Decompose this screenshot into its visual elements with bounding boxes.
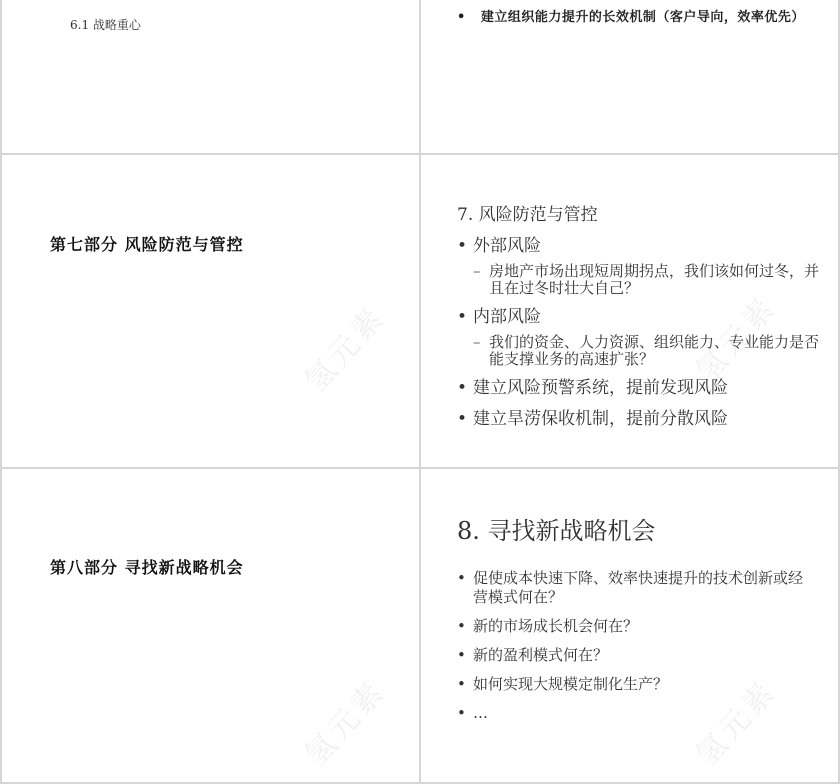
slide-6-1-content-thumbnail[interactable]: • 建立组织能力提升的长效机制（客户导向，效率优先） <box>421 0 838 153</box>
bullet-text: 新的市场成长机会何在？ <box>473 617 638 635</box>
bullet-text: 建立风险预警系统，提前发现风险 <box>473 378 728 398</box>
bullet-icon: • <box>457 646 466 665</box>
bullet-item: • 建立风险预警系统，提前发现风险 <box>457 378 827 399</box>
dash-icon: – <box>473 263 481 280</box>
sub-bullet-text: 我们的资金、人力资源、组织能力、专业能力是否能支撑业务的高速扩张？ <box>489 333 819 368</box>
bullet-icon: • <box>457 307 467 328</box>
slide-7-content[interactable]: 7. 风险防范与管控 氢元素 • 外部风险 – 房地产市场出现短周期拐点，我们该… <box>421 155 838 467</box>
bullet-text: 外部风险 <box>473 236 541 256</box>
slide-8-content[interactable]: 8. 寻找新战略机会 氢元素 • 促使成本快速下降、效率快速提升的技术创新或经营… <box>421 469 838 782</box>
bullet-text: … <box>473 704 488 722</box>
bullet-item: • 建立旱涝保收机制，提前分散风险 <box>457 409 827 430</box>
bullet-text: 促使成本快速下降、效率快速提升的技术创新或经营模式何在？ <box>473 569 803 606</box>
bullet-icon: • <box>457 378 467 399</box>
bullet-item-ellipsis: • … <box>457 704 817 723</box>
slide-title: 6.1 战略重心 <box>70 16 141 33</box>
bullet-icon: • <box>457 236 467 257</box>
bullet-item: • 如何实现大规模定制化生产？ <box>457 675 817 694</box>
bullet-text: 新的盈利模式何在？ <box>473 646 608 664</box>
bullet-text: 建立旱涝保收机制，提前分散风险 <box>473 409 728 429</box>
section-title: 第八部分 寻找新战略机会 <box>50 555 244 578</box>
bullet-item: • 促使成本快速下降、效率快速提升的技术创新或经营模式何在？ <box>457 569 817 607</box>
section-title: 第七部分 风险防范与管控 <box>50 232 244 255</box>
slide-part-8-cover[interactable]: 第八部分 寻找新战略机会 氢元素 <box>2 469 419 782</box>
bullet-list: • 外部风险 – 房地产市场出现短周期拐点，我们该如何过冬，并且在过冬时壮大自己… <box>457 236 827 440</box>
slide-grid: 6.1 战略重心 • 建立组织能力提升的长效机制（客户导向，效率优先） 第七部分… <box>0 0 840 784</box>
bullet-icon: • <box>457 569 466 588</box>
dash-icon: – <box>473 334 481 351</box>
slide-heading: 8. 寻找新战略机会 <box>457 511 656 546</box>
bullet-icon: • <box>457 10 466 25</box>
bullet-item: • 建立组织能力提升的长效机制（客户导向，效率优先） <box>457 6 805 25</box>
bullet-item: • 新的市场成长机会何在？ <box>457 617 817 636</box>
slide-heading: 7. 风险防范与管控 <box>457 200 598 225</box>
bullet-text: 建立组织能力提升的长效机制（客户导向，效率优先） <box>481 10 805 25</box>
sub-bullet: – 我们的资金、人力资源、组织能力、专业能力是否能支撑业务的高速扩张？ <box>473 334 827 368</box>
bullet-list: • 促使成本快速下降、效率快速提升的技术创新或经营模式何在？ • 新的市场成长机… <box>457 569 817 733</box>
sub-bullet-text: 房地产市场出现短周期拐点，我们该如何过冬，并且在过冬时壮大自己？ <box>489 262 819 297</box>
sub-bullet: – 房地产市场出现短周期拐点，我们该如何过冬，并且在过冬时壮大自己？ <box>473 263 827 297</box>
watermark: 氢元素 <box>293 668 394 773</box>
watermark: 氢元素 <box>293 294 394 399</box>
bullet-text: 如何实现大规模定制化生产？ <box>473 675 668 693</box>
bullet-icon: • <box>457 675 466 694</box>
bullet-icon: • <box>457 617 466 636</box>
bullet-text: 内部风险 <box>473 307 541 327</box>
bullet-item: • 新的盈利模式何在？ <box>457 646 817 665</box>
slide-part-7-cover[interactable]: 第七部分 风险防范与管控 氢元素 <box>2 155 419 467</box>
slide-6-1-thumbnail[interactable]: 6.1 战略重心 <box>2 0 419 153</box>
bullet-icon: • <box>457 704 466 723</box>
bullet-icon: • <box>457 409 467 430</box>
bullet-item-internal-risk: • 内部风险 – 我们的资金、人力资源、组织能力、专业能力是否能支撑业务的高速扩… <box>457 307 827 368</box>
bullet-item-external-risk: • 外部风险 – 房地产市场出现短周期拐点，我们该如何过冬，并且在过冬时壮大自己… <box>457 236 827 297</box>
